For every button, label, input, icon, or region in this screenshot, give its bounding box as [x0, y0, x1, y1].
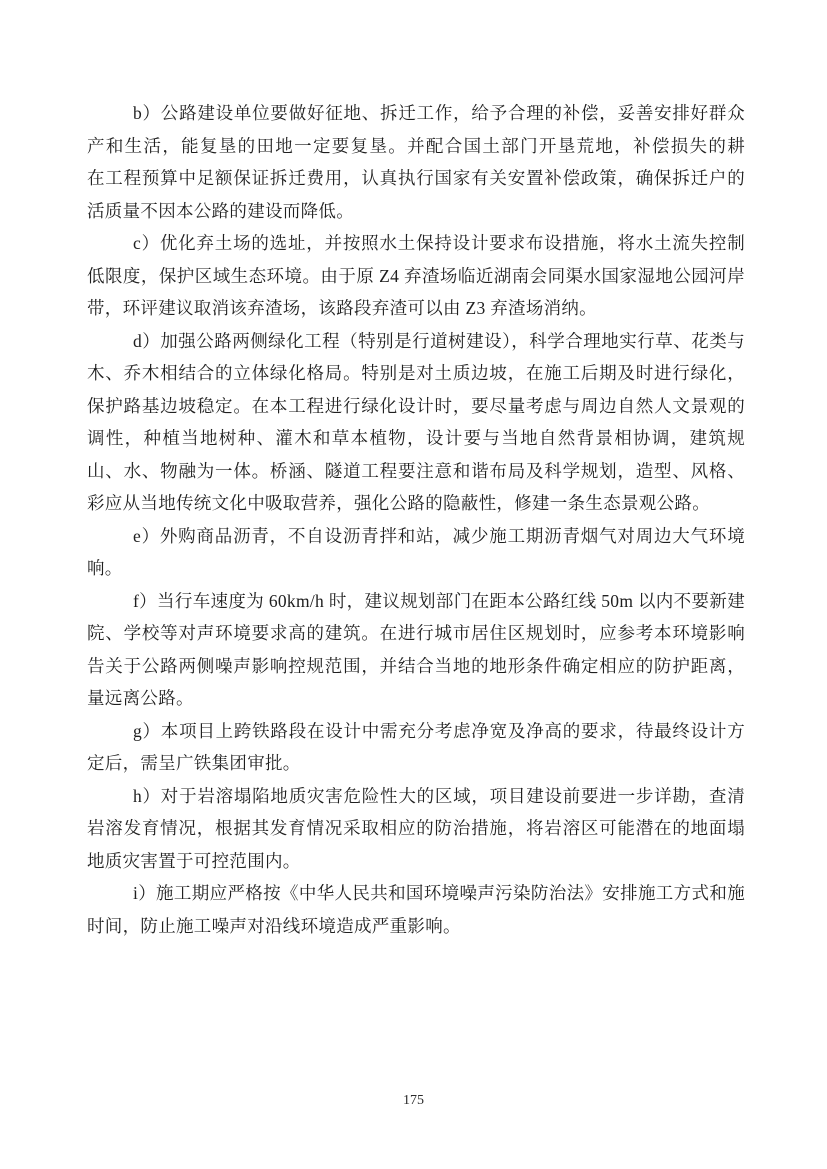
paragraph-c: c）优化弃土场的选址，并按照水土保持设计要求布设措施，将水土流失控制在最 低限度… — [87, 227, 745, 325]
text-line: 地质灾害置于可控范围内。 — [87, 845, 745, 878]
text-line: 岩溶发育情况，根据其发育情况采取相应的防治措施，将岩溶区可能潜在的地面塌陷 — [87, 812, 745, 845]
text-line: 保护路基边坡稳定。在本工程进行绿化设计时，要尽量考虑与周边自然人文景观的协 — [87, 390, 745, 423]
text-line: 告关于公路两侧噪声影响控规范围，并结合当地的地形条件确定相应的防护距离，尽 — [87, 650, 745, 683]
text-line: b）公路建设单位要做好征地、拆迁工作，给予合理的补偿，妥善安排好群众的生 — [87, 97, 745, 130]
paragraph-g: g）本项目上跨铁路段在设计中需充分考虑净宽及净高的要求，待最终设计方案拟 定后，… — [87, 715, 745, 780]
text-line: 调性，种植当地树种、灌木和草本植物，设计要与当地自然背景相协调，建筑规划、 — [87, 422, 745, 455]
paragraph-i: i）施工期应严格按《中华人民共和国环境噪声污染防治法》安排施工方式和施工 时间，… — [87, 877, 745, 942]
paragraph-d: d）加强公路两侧绿化工程（特别是行道树建设），科学合理地实行草、花类与灌 木、乔… — [87, 325, 745, 520]
text-line: h）对于岩溶塌陷地质灾害危险性大的区域，项目建设前要进一步详勘，查清下部 — [87, 780, 745, 813]
text-line: g）本项目上跨铁路段在设计中需充分考虑净宽及净高的要求，待最终设计方案拟 — [87, 715, 745, 748]
page-number: 175 — [0, 1092, 827, 1110]
text-line: 低限度，保护区域生态环境。由于原 Z4 弃渣场临近湖南会同渠水国家湿地公园河岸 — [87, 260, 745, 293]
text-line: 活质量不因本公路的建设而降低。 — [87, 195, 745, 228]
document-page: b）公路建设单位要做好征地、拆迁工作，给予合理的补偿，妥善安排好群众的生 产和生… — [0, 0, 827, 1169]
text-line: e）外购商品沥青，不自设沥青拌和站，减少施工期沥青烟气对周边大气环境的影 — [87, 520, 745, 553]
text-line: 木、乔木相结合的立体绿化格局。特别是对土质边坡，在施工后期及时进行绿化，以 — [87, 357, 745, 390]
text-line: 量远离公路。 — [87, 682, 745, 715]
paragraph-h: h）对于岩溶塌陷地质灾害危险性大的区域，项目建设前要进一步详勘，查清下部 岩溶发… — [87, 780, 745, 878]
text-body: b）公路建设单位要做好征地、拆迁工作，给予合理的补偿，妥善安排好群众的生 产和生… — [87, 97, 745, 942]
text-line: i）施工期应严格按《中华人民共和国环境噪声污染防治法》安排施工方式和施工 — [87, 877, 745, 910]
text-line: c）优化弃土场的选址，并按照水土保持设计要求布设措施，将水土流失控制在最 — [87, 227, 745, 260]
paragraph-f: f）当行车速度为 60km/h 时，建议规划部门在距本公路红线 50m 以内不要… — [87, 585, 745, 715]
text-line: 山、水、物融为一体。桥涵、隧道工程要注意和谐布局及科学规划，造型、风格、色 — [87, 455, 745, 488]
text-line: d）加强公路两侧绿化工程（特别是行道树建设），科学合理地实行草、花类与灌 — [87, 325, 745, 358]
paragraph-b: b）公路建设单位要做好征地、拆迁工作，给予合理的补偿，妥善安排好群众的生 产和生… — [87, 97, 745, 227]
text-line: 产和生活，能复垦的田地一定要复垦。并配合国土部门开垦荒地，补偿损失的耕地。 — [87, 130, 745, 163]
text-line: 院、学校等对声环境要求高的建筑。在进行城市居住区规划时，应参考本环境影响报 — [87, 617, 745, 650]
text-line: 在工程预算中足额保证拆迁费用，认真执行国家有关安置补偿政策，确保拆迁户的生 — [87, 162, 745, 195]
text-line: 时间，防止施工噪声对沿线环境造成严重影响。 — [87, 910, 745, 943]
text-line: 响。 — [87, 552, 745, 585]
text-line: 彩应从当地传统文化中吸取营养，强化公路的隐蔽性，修建一条生态景观公路。 — [87, 487, 745, 520]
text-line: 带，环评建议取消该弃渣场，该路段弃渣可以由 Z3 弃渣场消纳。 — [87, 292, 745, 325]
paragraph-e: e）外购商品沥青，不自设沥青拌和站，减少施工期沥青烟气对周边大气环境的影 响。 — [87, 520, 745, 585]
text-line: 定后，需呈广铁集团审批。 — [87, 747, 745, 780]
text-line: f）当行车速度为 60km/h 时，建议规划部门在距本公路红线 50m 以内不要… — [87, 585, 745, 618]
